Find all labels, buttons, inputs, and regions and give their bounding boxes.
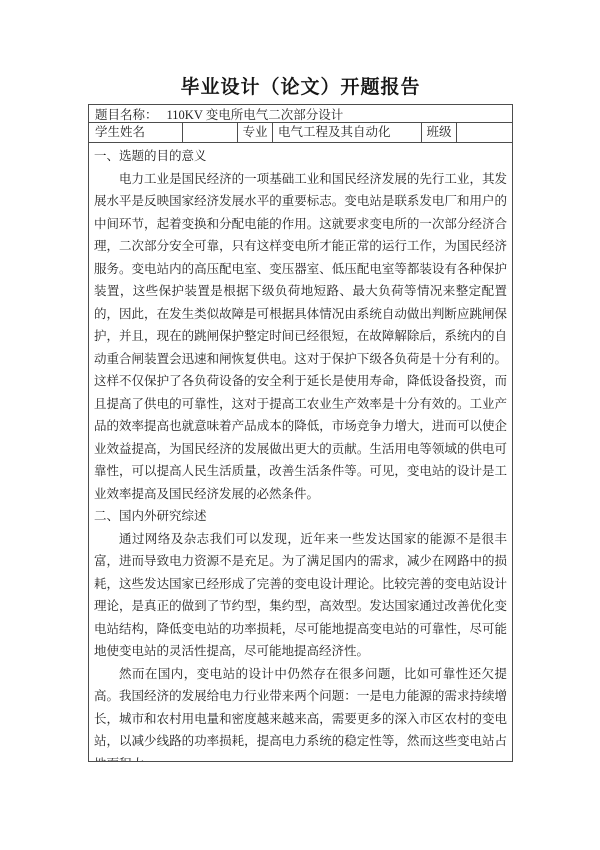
section-1-paragraph: 电力工业是国民经济的一项基础工业和国民经济发展的先行工业，其发展水平是反映国家经… — [94, 168, 507, 506]
major-value: 电气工程及其自动化 — [273, 123, 422, 142]
topic-row: 题目名称： 110KV 变电所电气二次部分设计 — [89, 105, 512, 123]
class-value — [457, 123, 512, 142]
report-body: 一、选题的目的意义 电力工业是国民经济的一项基础工业和国民经济发展的先行工业，其… — [89, 143, 512, 761]
section-1-heading: 一、选题的目的意义 — [94, 145, 507, 168]
student-name-value — [183, 123, 238, 142]
class-label: 班级 — [422, 123, 457, 142]
major-label: 专业 — [238, 123, 273, 142]
section-2-paragraph-1: 通过网络及杂志我们可以发现，近年来一些发达国家的能源不是很丰富，进而导致电力资源… — [94, 528, 507, 663]
page-title: 毕业设计（论文）开题报告 — [88, 72, 513, 99]
student-name-label: 学生姓名 — [89, 123, 183, 142]
section-2-paragraph-2: 然而在国内，变电站的设计中仍然存在很多问题，比如可靠性还欠提高。我国经济的发展给… — [94, 663, 507, 762]
report-table: 题目名称： 110KV 变电所电气二次部分设计 学生姓名 专业 电气工程及其自动… — [88, 104, 513, 762]
document-page: 毕业设计（论文）开题报告 题目名称： 110KV 变电所电气二次部分设计 学生姓… — [0, 0, 600, 850]
topic-value: 110KV 变电所电气二次部分设计 — [167, 105, 344, 123]
student-info-row: 学生姓名 专业 电气工程及其自动化 班级 — [89, 123, 512, 143]
section-2-heading: 二、国内外研究综述 — [94, 505, 507, 528]
topic-label: 题目名称： — [95, 105, 158, 123]
